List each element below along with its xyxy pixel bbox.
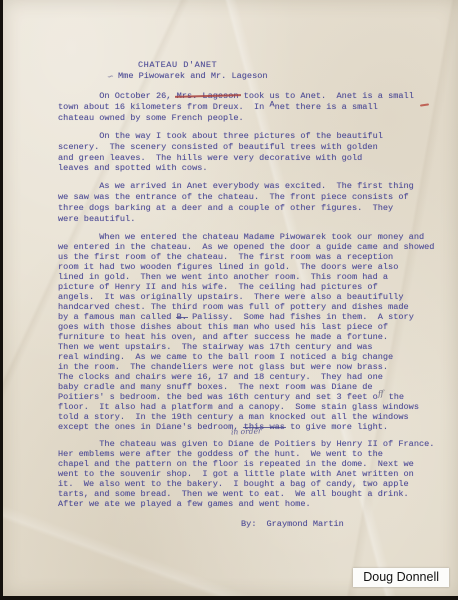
raised-character: A [269,99,274,110]
document-body: On October 26, Mrs. Lageson took us to A… [58,91,434,509]
struck-text-red: Mrs. Lageson [177,91,239,101]
document-byline: Mme Piwowarek and Mr. Lageson [118,71,268,81]
signature-name: Graymond Martin [266,519,343,529]
paragraph: On October 26, Mrs. Lageson took us to A… [58,91,434,124]
byline-row: ∽ Mme Piwowarek and Mr. Lageson [118,71,434,82]
photo-credit-text: Doug Donnell [363,570,439,584]
handwritten-squiggle-icon: ∽ [106,70,115,82]
paragraph: The chateau was given to Diane de Poitie… [58,439,434,509]
handwritten-correction: ff [377,389,383,399]
paragraph: When we entered the chateau Madame Piwow… [58,232,434,432]
signature-line: By:Graymond Martin [241,519,434,530]
signature-label: By: [241,519,256,529]
struck-text-ink: B. [177,312,187,322]
typewritten-document: CHATEAU D'ANET ∽ Mme Piwowarek and Mr. L… [58,60,434,530]
document-title: CHATEAU D'ANET [138,60,434,71]
photo-credit-label: Doug Donnell [353,568,449,587]
title-block: CHATEAU D'ANET ∽ Mme Piwowarek and Mr. L… [138,60,434,82]
scanned-paper: CHATEAU D'ANET ∽ Mme Piwowarek and Mr. L… [3,0,458,596]
paragraph: As we arrived in Anet everybody was exci… [58,181,434,225]
paragraph: On the way I took about three pictures o… [58,131,434,175]
